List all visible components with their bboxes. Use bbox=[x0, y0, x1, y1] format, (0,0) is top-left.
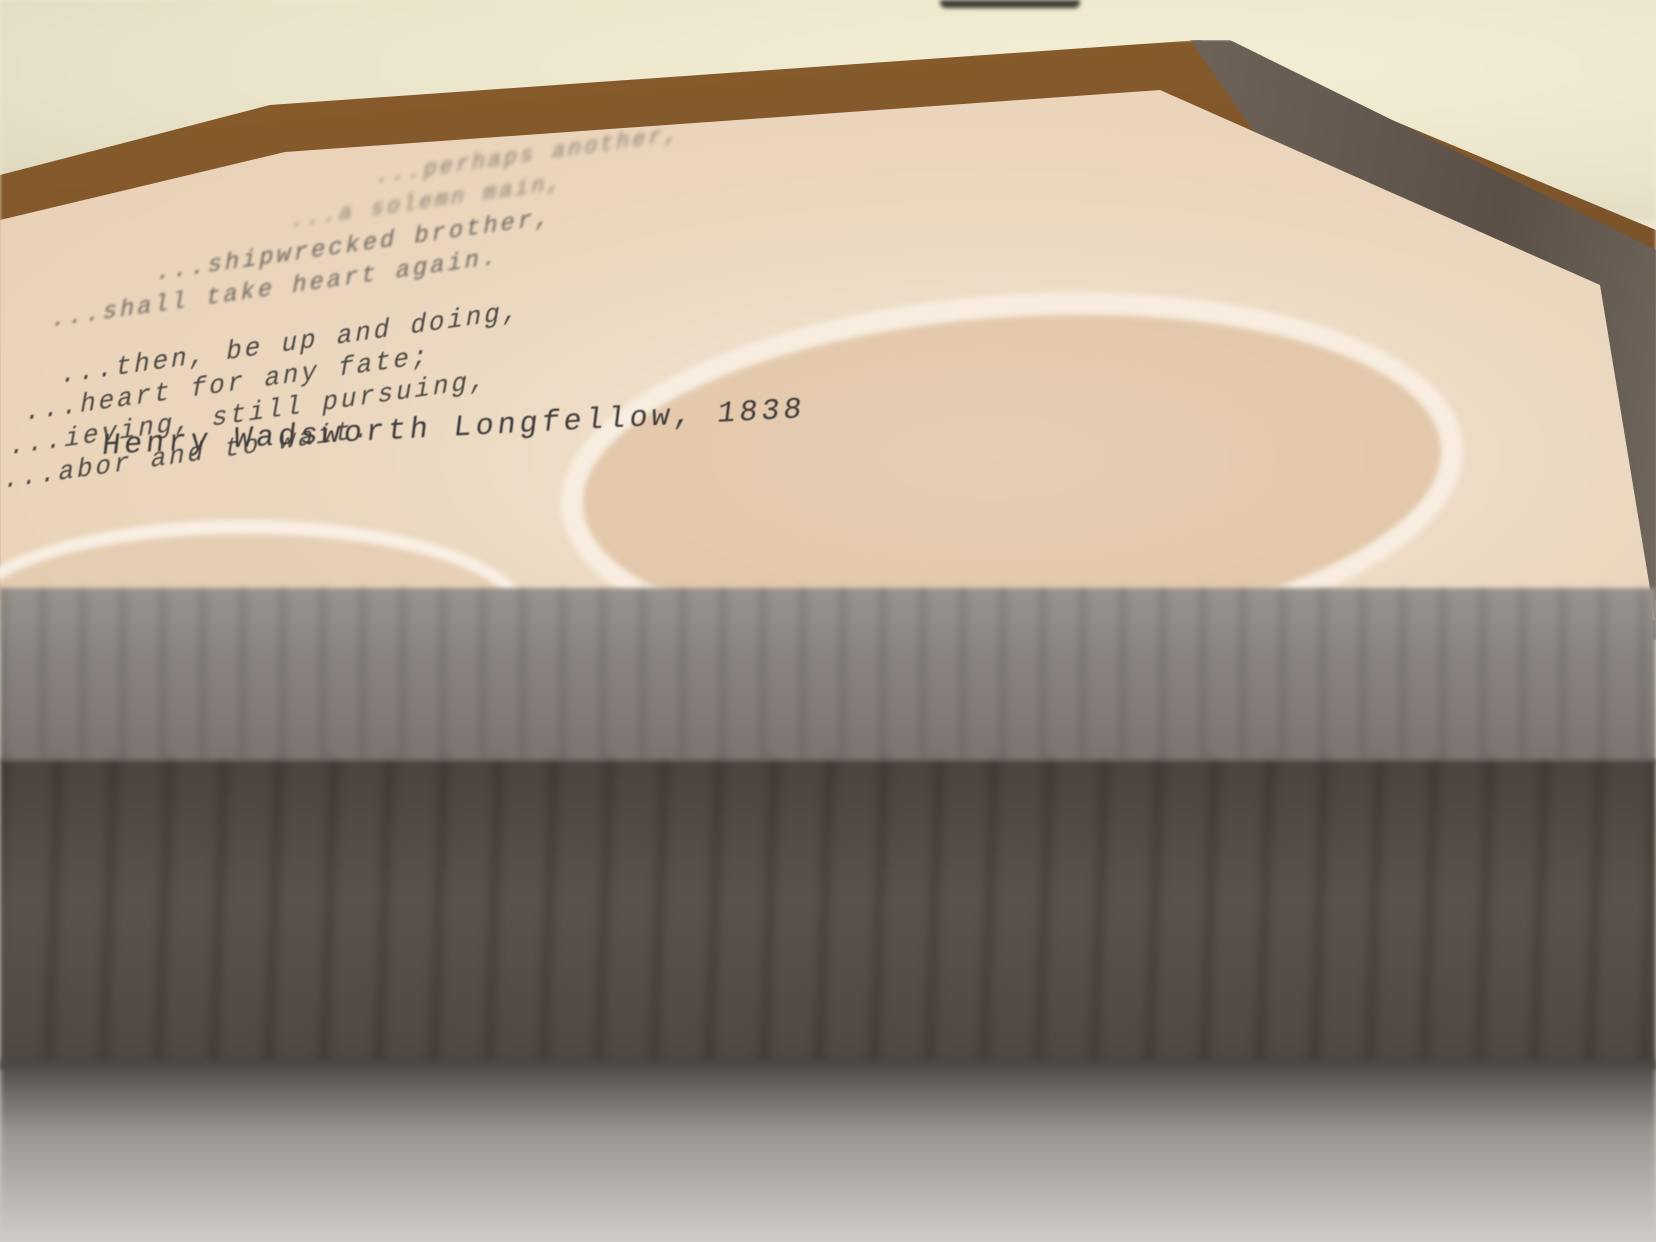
background-object bbox=[940, 0, 1080, 8]
frame-front-side-face bbox=[0, 760, 1656, 1070]
table-surface bbox=[0, 1060, 1656, 1242]
frame-front-top-face bbox=[0, 588, 1656, 763]
